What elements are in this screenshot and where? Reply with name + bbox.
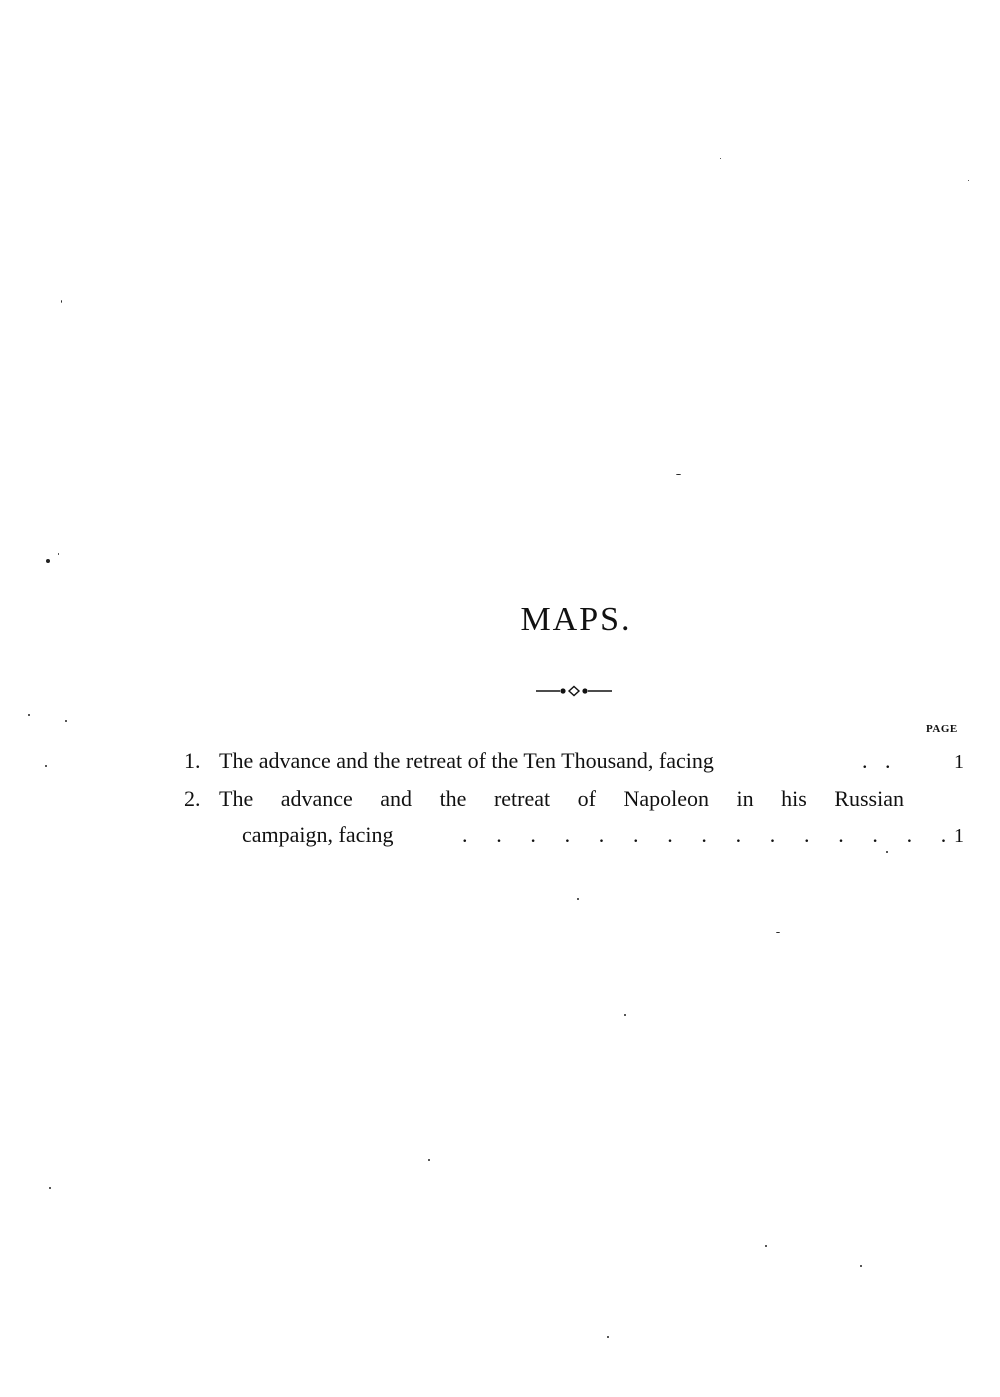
page-title: MAPS. <box>0 600 1000 640</box>
entry-number: 1. <box>184 748 201 774</box>
page-column-label: PAGE <box>926 723 958 735</box>
entry-title: The advance and the retreat of the Ten T… <box>219 748 714 774</box>
entry-title-line-2: campaign, facing <box>242 822 394 848</box>
dot-leaders: . . . . . . . . . . . . . . . <box>462 822 958 848</box>
ornament-divider-icon <box>536 684 612 698</box>
entry-number: 2. <box>184 786 201 812</box>
document-page: MAPS. PAGE 1. The advance and the retrea… <box>0 0 1000 1397</box>
page-number: 1 <box>954 749 964 775</box>
dot-leaders: . . <box>862 748 897 774</box>
page-number: 1 <box>954 823 964 849</box>
entry-title-line-1: The advance and the retreat of Napoleon … <box>219 786 904 812</box>
